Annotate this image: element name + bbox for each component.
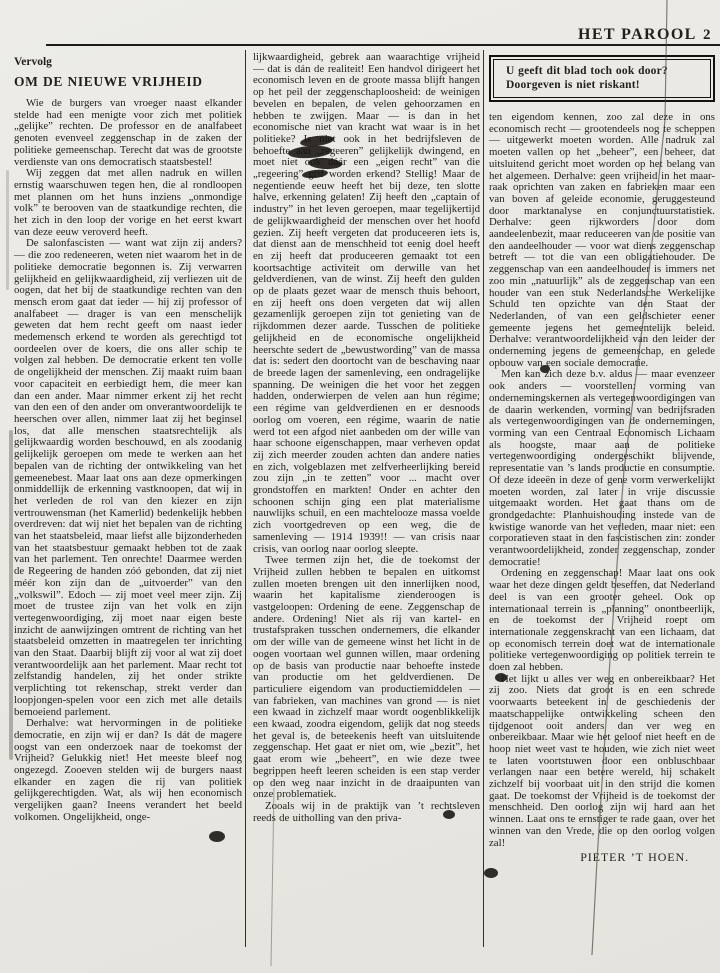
masthead-title: HET PAROOL — [578, 26, 697, 44]
article-paragraph: ten eigendom kennen, zoo zal deze in ons… — [489, 112, 715, 369]
article-headline: OM DE NIEUWE VRIJHEID — [14, 74, 242, 89]
ink-blot — [443, 810, 455, 819]
header-rule — [46, 44, 720, 46]
article-paragraph: lijkwaardigheid, gebrek aan waarachtige … — [253, 52, 480, 555]
column-divider-left — [245, 50, 246, 947]
ink-blot — [495, 673, 507, 682]
author-signature: PIETER ’T HOEN. — [489, 852, 715, 864]
continuation-label: Vervolg — [14, 56, 242, 69]
notice-line-2: Doorgeven is niet riskant! — [506, 78, 704, 92]
article-paragraph: Twee termen zijn het, die de toekomst de… — [253, 555, 480, 801]
article-paragraph: Ordening en zeggenschap! Maar laat ons o… — [489, 568, 715, 673]
article-column-2: lijkwaardigheid, gebrek aan waarachtige … — [253, 52, 480, 960]
article-paragraph: Het lijkt u alles ver weg en onbereikbaa… — [489, 674, 715, 850]
article-paragraph: Wie de burgers van vroeger naast elkande… — [14, 98, 242, 168]
column-divider-right — [483, 50, 484, 947]
page-number: 2 — [703, 27, 711, 44]
notice-box: U geeft dit blad toch ook door? Doorgeve… — [493, 59, 711, 98]
ink-blot — [540, 365, 550, 373]
article-paragraph: Men kan zich deze b.v. aldus — maar even… — [489, 369, 715, 568]
ink-blot — [484, 868, 498, 878]
article-column-3: U geeft dit blad toch ook door? Doorgeve… — [489, 54, 715, 962]
notice-line-1: U geeft dit blad toch ook door? — [506, 64, 704, 78]
ink-blot — [209, 831, 225, 842]
margin-smudge — [6, 170, 9, 290]
newspaper-page: HET PAROOL 2 Vervolg OM DE NIEUWE VRIJHE… — [0, 0, 720, 973]
margin-smudge — [9, 430, 13, 760]
article-paragraph: Derhalve: wat hervormingen in de politie… — [14, 718, 242, 823]
article-paragraph: Wij zeggen dat met allen nadruk en wille… — [14, 168, 242, 238]
article-column-1: Vervolg OM DE NIEUWE VRIJHEID Wie de bur… — [14, 56, 242, 958]
article-paragraph: De salonfascisten — want wat zijn zij an… — [14, 238, 242, 718]
